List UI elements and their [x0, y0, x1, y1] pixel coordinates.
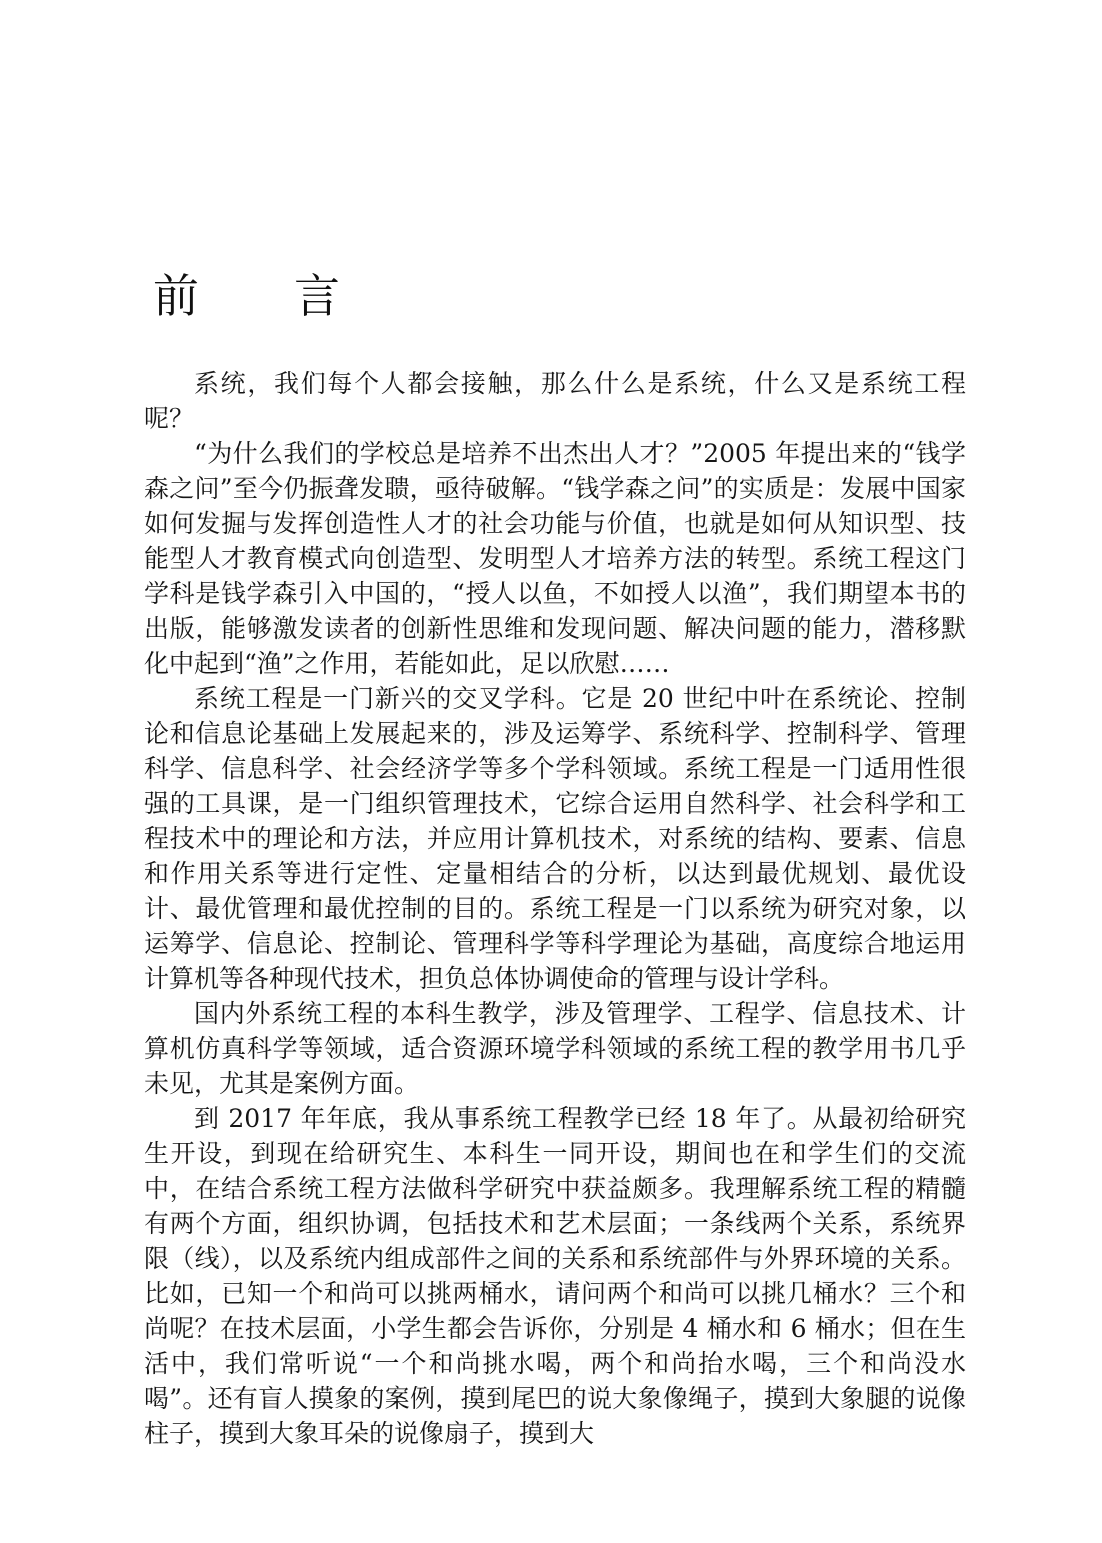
paragraph-textbook-gap: 国内外系统工程的本科生教学，涉及管理学、工程学、信息技术、计算机仿真科学等领域，…: [144, 996, 966, 1101]
paragraph-intro: 系统，我们每个人都会接触，那么什么是系统，什么又是系统工程呢？: [144, 366, 966, 436]
preface-body: 系统，我们每个人都会接触，那么什么是系统，什么又是系统工程呢？ “为什么我们的学…: [144, 366, 966, 1451]
paragraph-discipline-definition: 系统工程是一门新兴的交叉学科。它是 20 世纪中叶在系统论、控制论和信息论基础上…: [144, 681, 966, 996]
paragraph-qianxuesen-question: “为什么我们的学校总是培养不出杰出人才？”2005 年提出来的“钱学森之问”至今…: [144, 436, 966, 681]
paragraph-teaching-experience: 到 2017 年年底，我从事系统工程教学已经 18 年了。从最初给研究生开设，到…: [144, 1101, 966, 1451]
page-title: 前言: [153, 267, 435, 325]
book-page: 前言 系统，我们每个人都会接触，那么什么是系统，什么又是系统工程呢？ “为什么我…: [0, 0, 1102, 1543]
